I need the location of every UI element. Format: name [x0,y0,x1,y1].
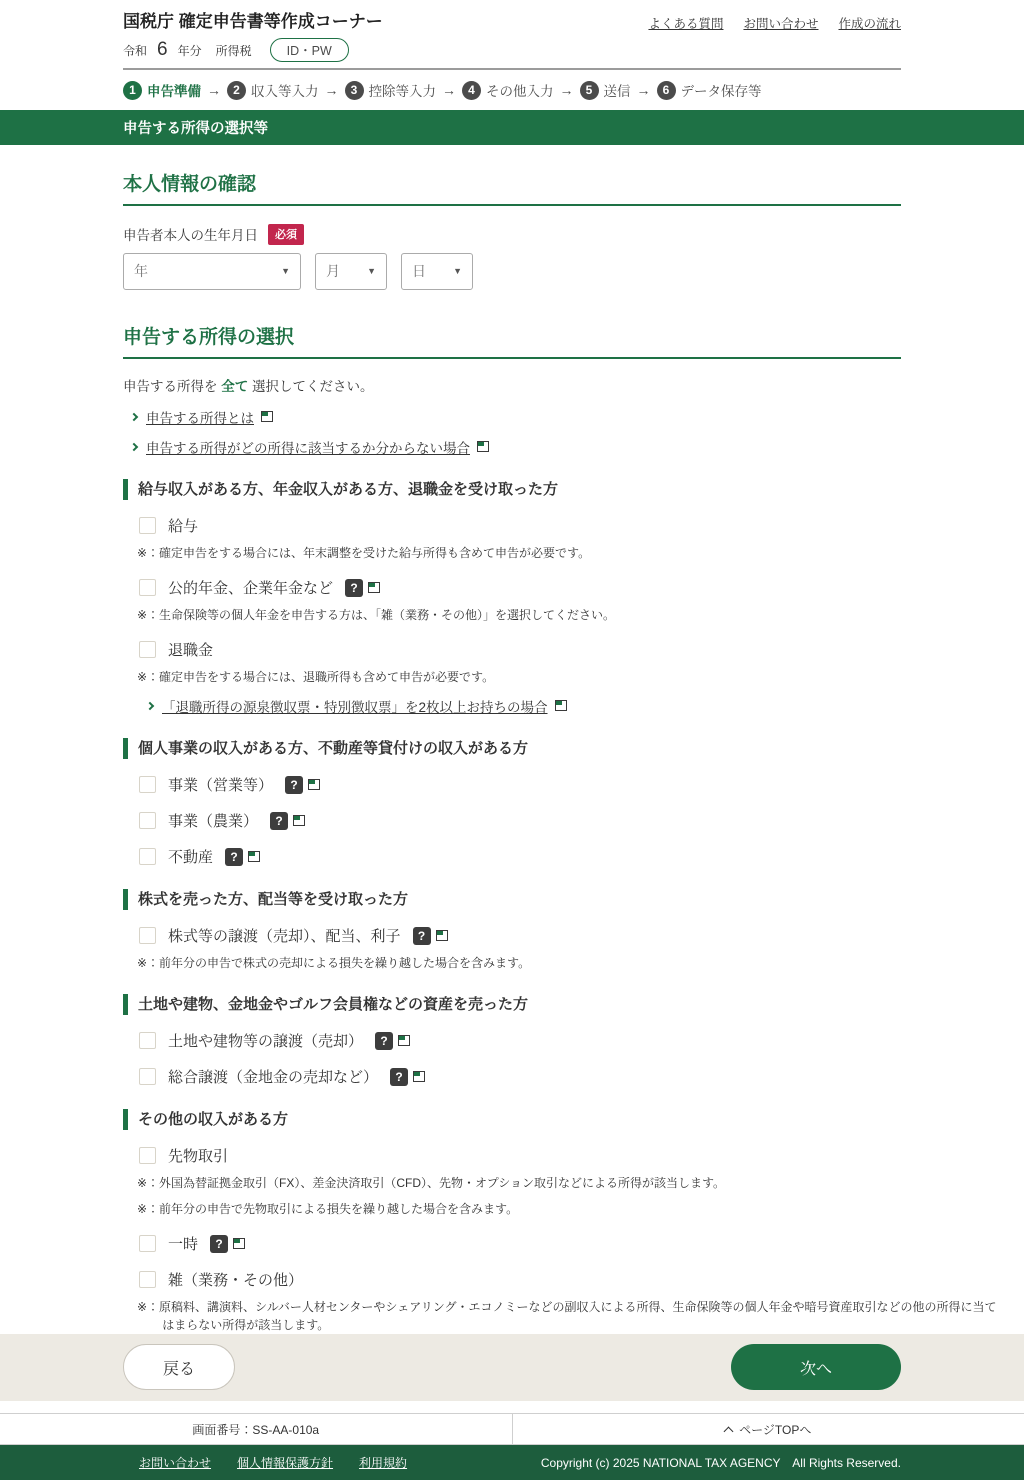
note-text: ※：確定申告をする場合には、退職所得も含めて申告が必要です。 [148,668,1008,686]
new-window-icon [436,930,448,941]
footer-contact-link[interactable]: お問い合わせ [139,1454,211,1471]
income-checkbox-label: 給与 [168,515,198,536]
step-label: その他入力 [486,80,554,100]
step-label: 控除等入力 [369,80,437,100]
income-group: 株式を売った方、配当等を受け取った方株式等の譲渡（売却）、配当、利子?※：前年分… [123,889,901,972]
arrow-icon: → [442,82,456,98]
income-item: 退職金 [123,640,901,660]
chevron-right-icon [130,442,138,450]
screen-number-bar: 画面番号：SS-AA-010a ページTOPへ [0,1413,1024,1445]
page-title-bar: 申告する所得の選択等 [0,110,1024,145]
selection-instruction: 申告する所得を 全て 選択してください。 [123,375,901,395]
contact-link[interactable]: お問い合わせ [743,14,818,32]
income-section-heading: 申告する所得の選択 [123,322,901,359]
income-info-link[interactable]: 申告する所得とは [146,407,254,427]
income-checkbox-label: 先物取引 [168,1145,228,1166]
income-checkbox-label: 一時 [168,1233,198,1254]
note-text: ※：確定申告をする場合には、年末調整を受けた給与所得も含めて申告が必要です。 [148,544,1008,562]
screen-number: 画面番号：SS-AA-010a [0,1414,513,1444]
income-checkbox[interactable] [139,579,156,596]
arrow-icon: → [207,82,221,98]
income-group: 土地や建物、金地金やゴルフ会員権などの資産を売った方土地や建物等の譲渡（売却）?… [123,994,901,1087]
income-checkbox[interactable] [139,1235,156,1252]
year-suffix: 年分 [178,42,202,59]
note-text: ※：前年分の申告で先物取引による損失を繰り越した場合を含みます。 [148,1200,1008,1218]
income-item: 事業（農業）? [123,811,901,831]
step-label: 収入等入力 [251,80,319,100]
step-number-badge: 6 [657,81,676,100]
income-checkbox-label: 総合譲渡（金地金の売却など） [168,1066,378,1087]
income-checkbox[interactable] [139,776,156,793]
income-category-help-link[interactable]: 申告する所得がどの所得に該当するか分からない場合 [146,437,470,457]
page-top-label: ページTOPへ [739,1421,811,1438]
header-links: よくある質問 お問い合わせ 作成の流れ [648,14,901,32]
chevron-right-icon [146,701,154,709]
income-item: 給与 [123,516,901,536]
help-icon[interactable]: ? [345,579,363,597]
birth-year-select[interactable]: 年 ▼ [123,253,301,290]
idpw-badge: ID・PW [270,38,349,62]
income-group: 給与収入がある方、年金収入がある方、退職金を受け取った方給与※：確定申告をする場… [123,479,901,716]
note-text: ※：前年分の申告で株式の売却による損失を繰り越した場合を含みます。 [148,954,1008,972]
instruction-emphasis: 全て [221,379,248,394]
help-icon[interactable]: ? [270,812,288,830]
note-text: ※：外国為替証拠金取引（FX）、差金決済取引（CFD）、先物・オプション取引など… [148,1174,1008,1192]
site-title: 国税庁 確定申告書等作成コーナー [123,7,383,32]
income-checkbox-label: 不動産 [168,846,213,867]
flow-link[interactable]: 作成の流れ [838,14,901,32]
help-icon[interactable]: ? [390,1068,408,1086]
detail-link-row: 「退職所得の源泉徴収票・特別徴収票」を2枚以上お持ちの場合 [123,696,901,716]
income-item: 先物取引 [123,1146,901,1166]
income-item: 株式等の譲渡（売却）、配当、利子? [123,926,901,946]
help-icon[interactable]: ? [413,927,431,945]
back-button[interactable]: 戻る [123,1344,235,1390]
instruction-prefix: 申告する所得を [123,379,221,394]
income-checkbox-label: 株式等の譲渡（売却）、配当、利子 [168,925,401,946]
footer-terms-link[interactable]: 利用規約 [359,1454,407,1471]
income-item: 雑（業務・その他） [123,1270,901,1290]
help-icon[interactable]: ? [375,1032,393,1050]
income-checkbox[interactable] [139,1147,156,1164]
step-label: データ保存等 [681,80,762,100]
income-checkbox-label: 土地や建物等の譲渡（売却） [168,1030,363,1051]
income-group-title: 土地や建物、金地金やゴルフ会員権などの資産を売った方 [123,994,901,1015]
footer-privacy-link[interactable]: 個人情報保護方針 [237,1454,333,1471]
income-checkbox-label: 事業（営業等） [168,774,273,795]
income-group-title: その他の収入がある方 [123,1109,901,1130]
income-checkbox-label: 退職金 [168,639,213,660]
income-checkbox[interactable] [139,812,156,829]
income-item: 不動産? [123,847,901,867]
step-navigation: 1申告準備→2収入等入力→3控除等入力→4その他入力→5送信→6データ保存等 [123,79,901,101]
income-checkbox[interactable] [139,1271,156,1288]
era-label: 令和 [123,42,147,59]
birth-year-value: 年 [134,261,148,281]
step-item-2: 2収入等入力 [227,80,319,100]
new-window-icon [233,1238,245,1249]
arrow-icon: → [637,82,651,98]
year-number: 6 [157,39,168,61]
page-top-link[interactable]: ページTOPへ [725,1421,811,1438]
birth-day-value: 日 [412,261,426,281]
income-group-title: 株式を売った方、配当等を受け取った方 [123,889,901,910]
income-group: その他の収入がある方先物取引※：外国為替証拠金取引（FX）、差金決済取引（CFD… [123,1109,901,1334]
page-title: 申告する所得の選択等 [123,121,268,137]
step-label: 申告準備 [147,80,201,100]
new-window-icon [368,582,380,593]
step-label: 送信 [604,80,631,100]
main-content: 本人情報の確認 申告者本人の生年月日 必須 年 ▼ 月 ▼ 日 ▼ 申告する所得… [123,145,901,1334]
income-item: 土地や建物等の譲渡（売却）? [123,1031,901,1051]
step-number-badge: 5 [580,81,599,100]
header-divider [123,68,901,70]
new-window-icon [477,441,489,452]
tax-type-label: 所得税 [216,42,252,59]
birth-day-select[interactable]: 日 ▼ [401,253,473,290]
help-icon[interactable]: ? [285,776,303,794]
site-footer: お問い合わせ 個人情報保護方針 利用規約 Copyright (c) 2025 … [0,1445,1024,1480]
new-window-icon [248,851,260,862]
help-icon[interactable]: ? [210,1235,228,1253]
new-window-icon [398,1035,410,1046]
step-item-6: 6データ保存等 [657,80,762,100]
income-checkbox-label: 公的年金、企業年金など [168,577,333,598]
income-checkbox[interactable] [139,1068,156,1085]
income-checkbox[interactable] [139,848,156,865]
step-number-badge: 3 [345,81,364,100]
step-number-badge: 1 [123,81,142,100]
income-group: 個人事業の収入がある方、不動産等貸付けの収入がある方事業（営業等）?事業（農業）… [123,738,901,867]
income-item: 総合譲渡（金地金の売却など）? [123,1067,901,1087]
chevron-down-icon: ▼ [453,266,462,276]
income-group-title: 個人事業の収入がある方、不動産等貸付けの収入がある方 [123,738,901,759]
info-link-row: 申告する所得がどの所得に該当するか分からない場合 [123,437,901,457]
required-badge: 必須 [268,224,304,245]
chevron-down-icon: ▼ [281,266,290,276]
chevron-right-icon [130,412,138,420]
step-number-badge: 2 [227,81,246,100]
income-checkbox-label: 雑（業務・その他） [168,1269,303,1290]
note-text: ※：生命保険等の個人年金を申告する方は、「雑（業務・その他）」を選択してください… [148,606,1008,624]
chevron-up-icon [724,1426,734,1436]
income-item: 一時? [123,1234,901,1254]
copyright-text: Copyright (c) 2025 NATIONAL TAX AGENCY A… [541,1454,901,1471]
step-item-3: 3控除等入力 [345,80,437,100]
step-item-4: 4その他入力 [462,80,554,100]
new-window-icon [293,815,305,826]
info-link-row: 申告する所得とは [123,407,901,427]
income-checkbox-label: 事業（農業） [168,810,258,831]
new-window-icon [413,1071,425,1082]
income-checkbox[interactable] [139,641,156,658]
footer-links: お問い合わせ 個人情報保護方針 利用規約 [123,1454,407,1471]
step-item-5: 5送信 [580,80,631,100]
next-button[interactable]: 次へ [731,1344,901,1390]
income-groups: 給与収入がある方、年金収入がある方、退職金を受け取った方給与※：確定申告をする場… [123,479,901,1334]
step-number-badge: 4 [462,81,481,100]
detail-link[interactable]: 「退職所得の源泉徴収票・特別徴収票」を2枚以上お持ちの場合 [162,696,548,716]
arrow-icon: → [560,82,574,98]
income-checkbox[interactable] [139,1032,156,1049]
income-item: 事業（営業等）? [123,775,901,795]
instruction-suffix: 選択してください。 [248,379,373,394]
new-window-icon [308,779,320,790]
birthdate-label: 申告者本人の生年月日 [123,224,258,244]
income-checkbox[interactable] [139,517,156,534]
identity-section-heading: 本人情報の確認 [123,169,901,206]
income-checkbox[interactable] [139,927,156,944]
arrow-icon: → [325,82,339,98]
new-window-icon [261,411,273,422]
birth-month-value: 月 [326,261,340,281]
income-item: 公的年金、企業年金など? [123,578,901,598]
step-item-1: 1申告準備 [123,80,201,100]
help-icon[interactable]: ? [225,848,243,866]
new-window-icon [555,700,567,711]
chevron-down-icon: ▼ [367,266,376,276]
note-text: ※：原稿料、講演料、シルバー人材センターやシェアリング・エコノミーなどの副収入に… [148,1298,1008,1334]
faq-link[interactable]: よくある質問 [648,14,723,32]
site-header: 国税庁 確定申告書等作成コーナー よくある質問 お問い合わせ 作成の流れ 令和6… [0,0,1024,110]
birth-month-select[interactable]: 月 ▼ [315,253,387,290]
income-group-title: 給与収入がある方、年金収入がある方、退職金を受け取った方 [123,479,901,500]
action-band: 戻る 次へ [0,1334,1024,1402]
